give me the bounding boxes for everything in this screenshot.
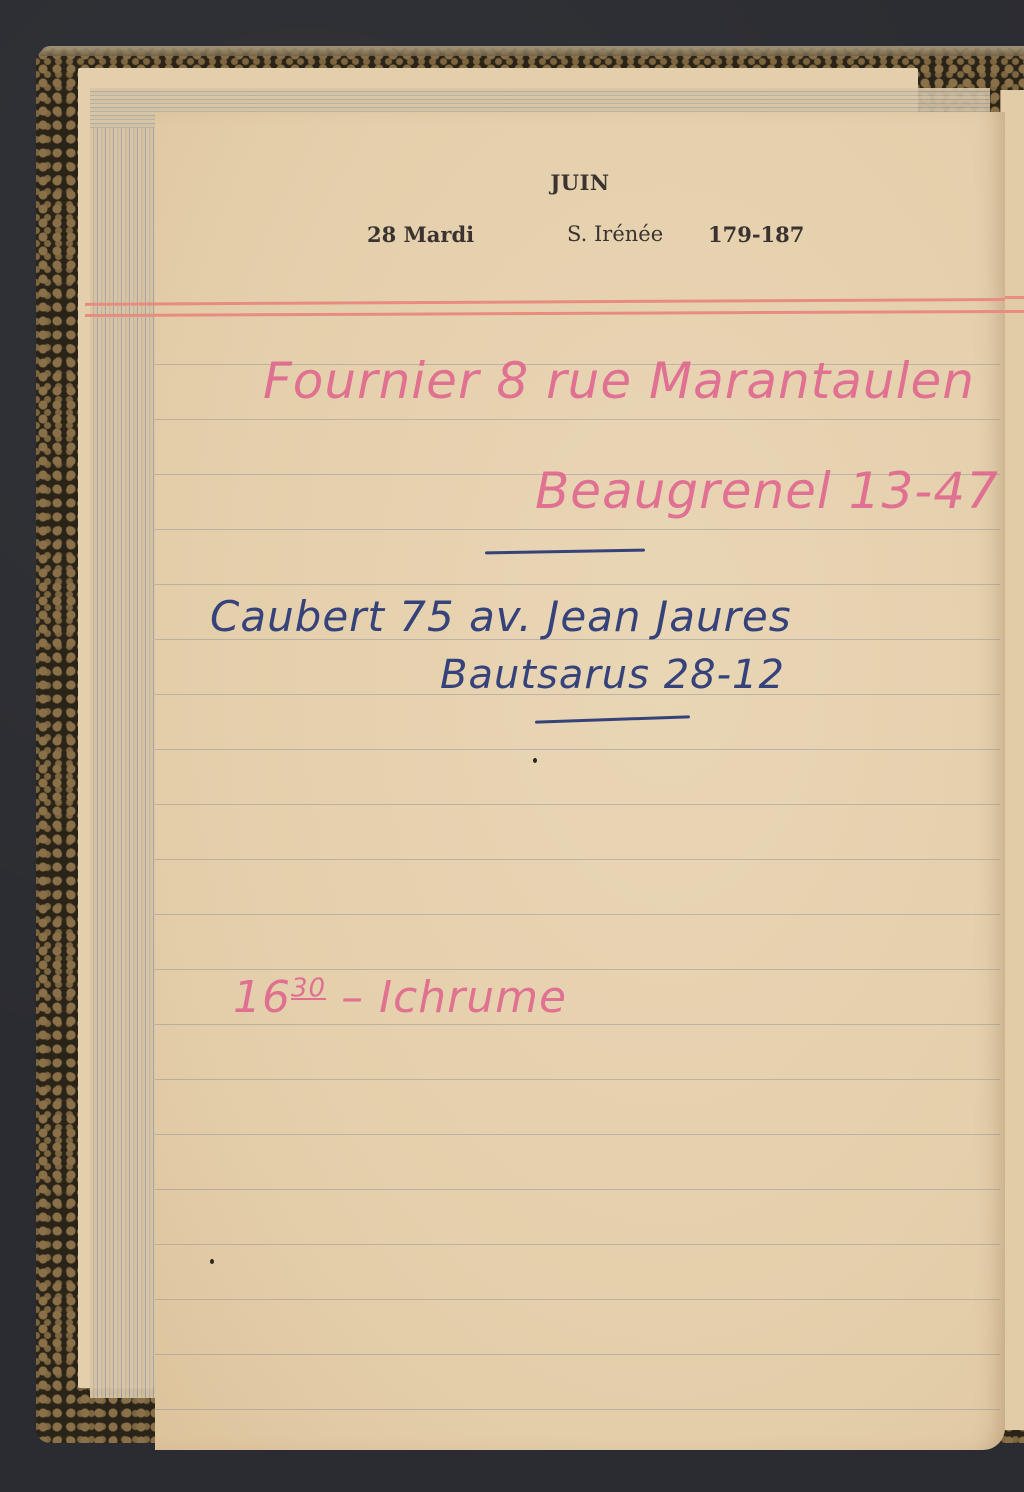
day-count: 179-187 bbox=[708, 222, 804, 247]
cover-top-edge bbox=[40, 46, 1024, 56]
header-red-rule-top bbox=[85, 298, 1005, 306]
ruled-line bbox=[155, 1024, 1000, 1025]
day-label: 28 Mardi bbox=[367, 222, 474, 247]
appointment-separator: – bbox=[341, 972, 364, 1023]
date-header: 28 Mardi S. Irénée 179-187 bbox=[155, 222, 1005, 252]
ruled-line bbox=[155, 1354, 1000, 1355]
entry-caubert-address: Caubert 75 av. Jean Jaures bbox=[210, 592, 792, 641]
entry-caubert-phone: Bautsarus 28-12 bbox=[440, 652, 785, 698]
ruled-line bbox=[155, 1244, 1000, 1245]
ruled-line bbox=[155, 1409, 1000, 1410]
page-stack-side bbox=[90, 88, 160, 1398]
appointment-entry: 1630 – Ichrume bbox=[233, 972, 567, 1023]
ruled-line bbox=[155, 1299, 1000, 1300]
ruled-line bbox=[155, 914, 1000, 915]
entry-fournier-phone: Beaugrenel 13-47 bbox=[535, 462, 999, 520]
ruled-line bbox=[155, 1134, 1000, 1135]
saint-name: S. Irénée bbox=[567, 222, 663, 246]
underline-stroke bbox=[535, 715, 690, 723]
appointment-minutes: 30 bbox=[291, 973, 326, 1003]
diary-page: JUIN 28 Mardi S. Irénée 179-187 Fournier… bbox=[155, 112, 1005, 1450]
ruled-line bbox=[155, 584, 1000, 585]
appointment-hour: 16 bbox=[233, 972, 291, 1023]
underline-stroke bbox=[485, 549, 645, 555]
ruled-line bbox=[155, 969, 1000, 970]
month-heading: JUIN bbox=[155, 170, 1005, 195]
ink-speck bbox=[533, 758, 537, 763]
appointment-note: Ichrume bbox=[379, 972, 567, 1023]
ruled-line bbox=[155, 859, 1000, 860]
header-red-rule-bottom bbox=[85, 310, 1005, 317]
ink-speck bbox=[210, 1259, 214, 1264]
ruled-line bbox=[155, 749, 1000, 750]
ruled-line bbox=[155, 1079, 1000, 1080]
ruled-line bbox=[155, 529, 1000, 530]
ruled-line bbox=[155, 419, 1000, 420]
ruled-line bbox=[155, 804, 1000, 805]
ruled-line bbox=[155, 1189, 1000, 1190]
entry-fournier-address: Fournier 8 rue Marantaulen bbox=[263, 352, 975, 410]
